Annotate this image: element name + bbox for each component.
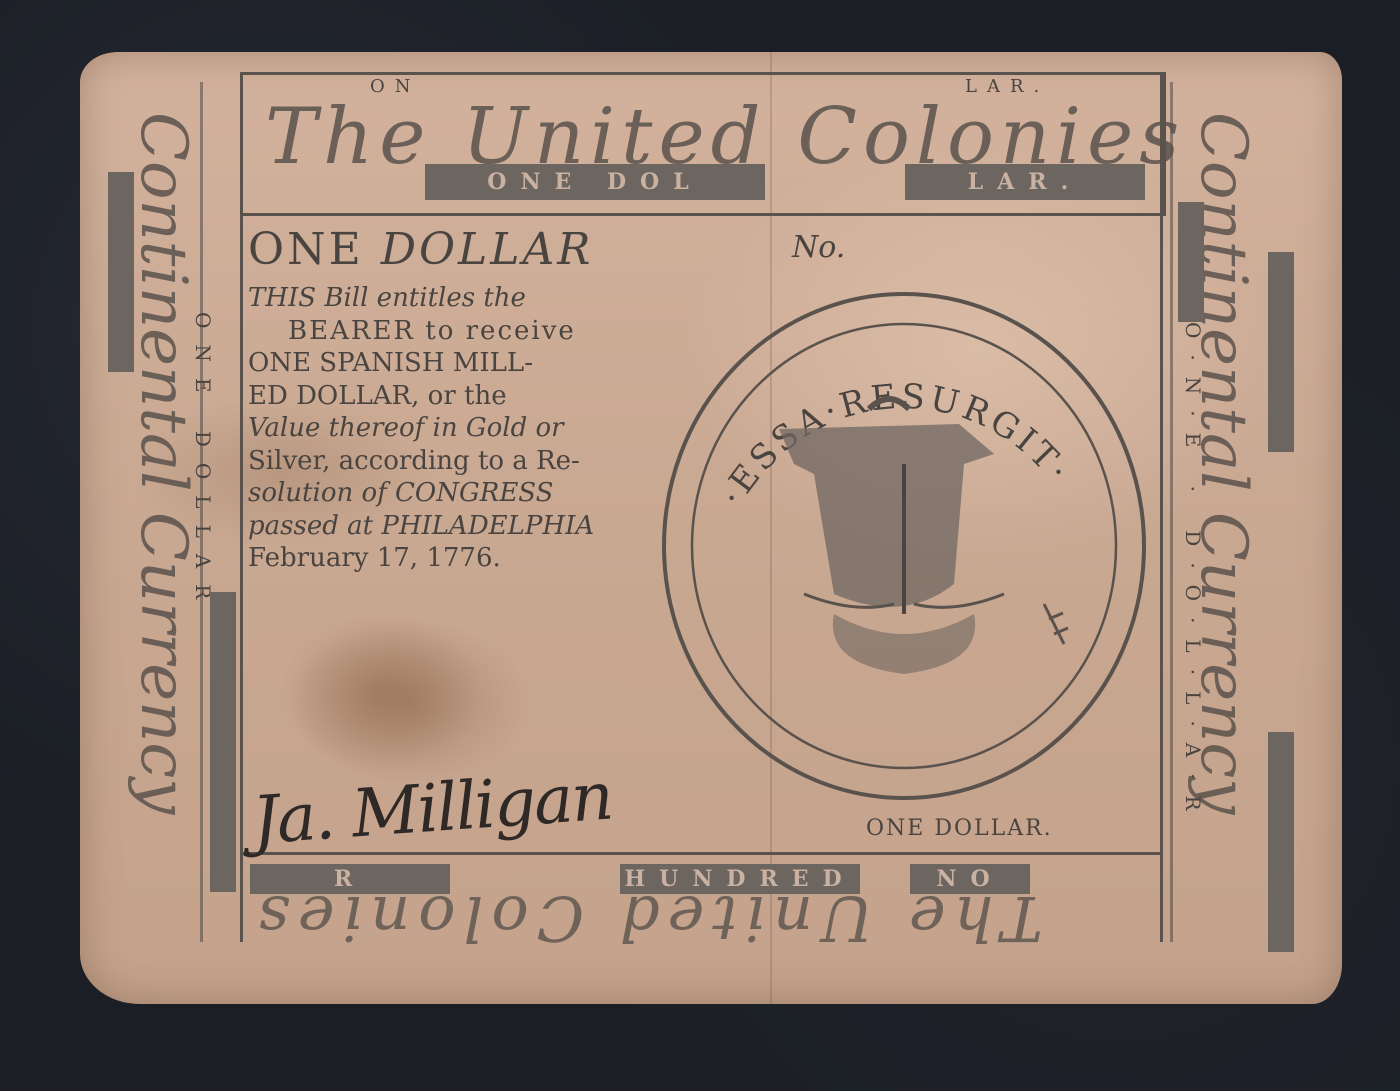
- right-side-small: O·N·E · D·O·L·L·A·R: [1181, 322, 1205, 827]
- title-italic: DOLLAR: [381, 224, 594, 275]
- left-side-banner: [108, 172, 134, 372]
- promise-text: THIS Bill entitles the BEARER to receive…: [248, 282, 658, 575]
- left-side-banner-lower: [210, 592, 236, 892]
- promise-line: February 17, 1776.: [248, 542, 658, 575]
- header-banner-left: ONE DOL: [425, 164, 765, 200]
- left-side-script: Continental Currency: [126, 112, 200, 814]
- promise-line: solution of CONGRESS: [248, 477, 658, 510]
- right-border-line: [1160, 72, 1163, 942]
- right-outer-line: [1170, 82, 1173, 942]
- promise-line: THIS Bill entitles the: [248, 282, 658, 315]
- promise-line: BEARER to receive: [248, 315, 658, 348]
- left-border-line: [240, 72, 243, 942]
- right-ornament-banner: [1178, 202, 1204, 322]
- promise-line: ONE SPANISH MILL-: [248, 347, 658, 380]
- right-side-banner-bottom: [1268, 732, 1294, 952]
- banknote: ON LAR. The United Colonies ONE DOL LAR.…: [80, 52, 1342, 1004]
- serial-number-label: No.: [792, 230, 845, 265]
- denomination-title: ONE DOLLAR: [248, 224, 593, 275]
- stain: [280, 612, 480, 772]
- promise-line: ED DOLLAR, or the: [248, 380, 658, 413]
- promise-line: Value thereof in Gold or: [248, 412, 658, 445]
- promise-line: Silver, according to a Re-: [248, 445, 658, 478]
- right-side-banner-top: [1268, 252, 1294, 452]
- bottom-denomination: ONE DOLLAR.: [866, 816, 1053, 841]
- seal-emblem: ·ESSA·RESURGIT·: [654, 284, 1150, 804]
- left-side-small: ONE DOLLAR: [191, 312, 215, 615]
- signature: Ja. Milligan: [250, 758, 614, 860]
- promise-line: passed at PHILADELPHIA: [248, 510, 658, 543]
- footer-script-inverted: The United Colonies: [250, 882, 1043, 955]
- title-upright: ONE: [248, 224, 364, 275]
- header-banner-right: LAR.: [905, 164, 1145, 200]
